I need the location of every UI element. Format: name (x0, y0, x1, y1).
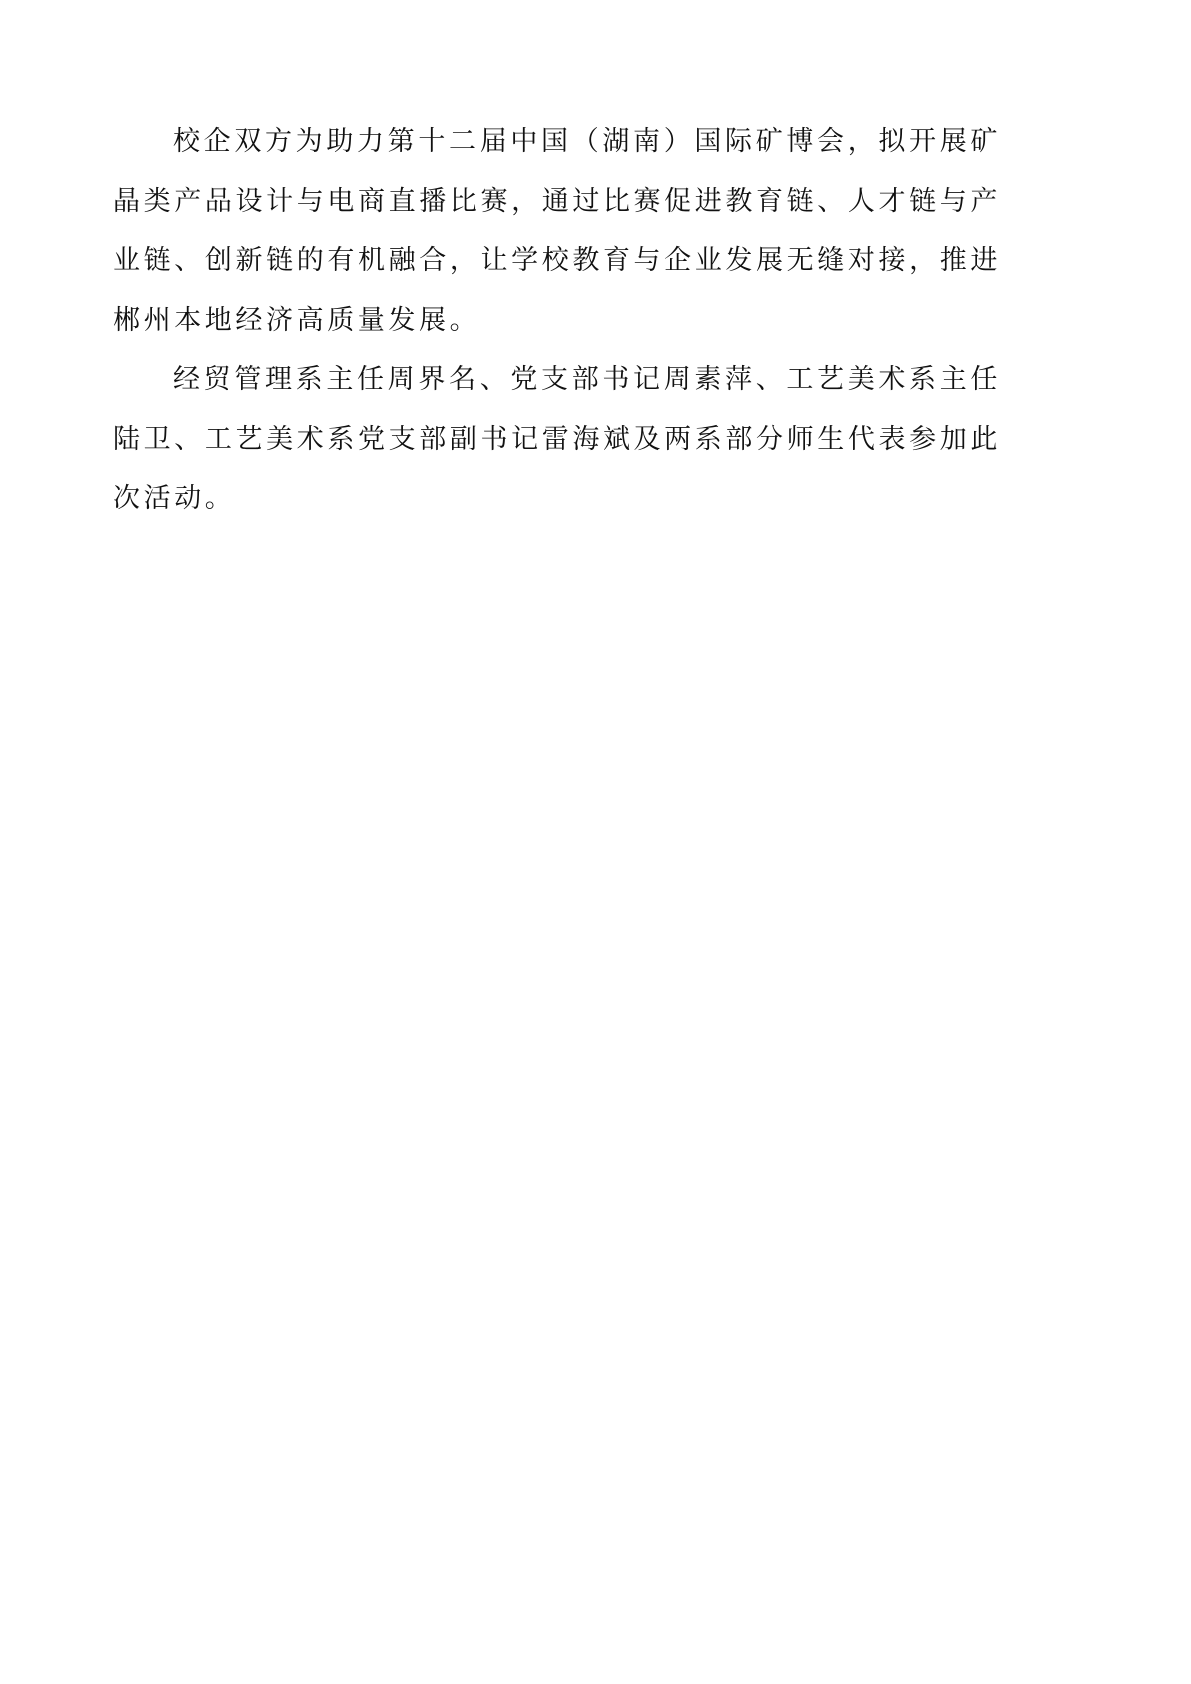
paragraph-competition-plan: 校企双方为助力第十二届中国（湖南）国际矿博会，拟开展矿晶类产品设计与电商直播比赛… (113, 112, 1001, 350)
document-page: 校企双方为助力第十二届中国（湖南）国际矿博会，拟开展矿晶类产品设计与电商直播比赛… (113, 112, 1001, 529)
paragraph-attendees: 经贸管理系主任周界名、党支部书记周素萍、工艺美术系主任陆卫、工艺美术系党支部副书… (113, 350, 1001, 529)
